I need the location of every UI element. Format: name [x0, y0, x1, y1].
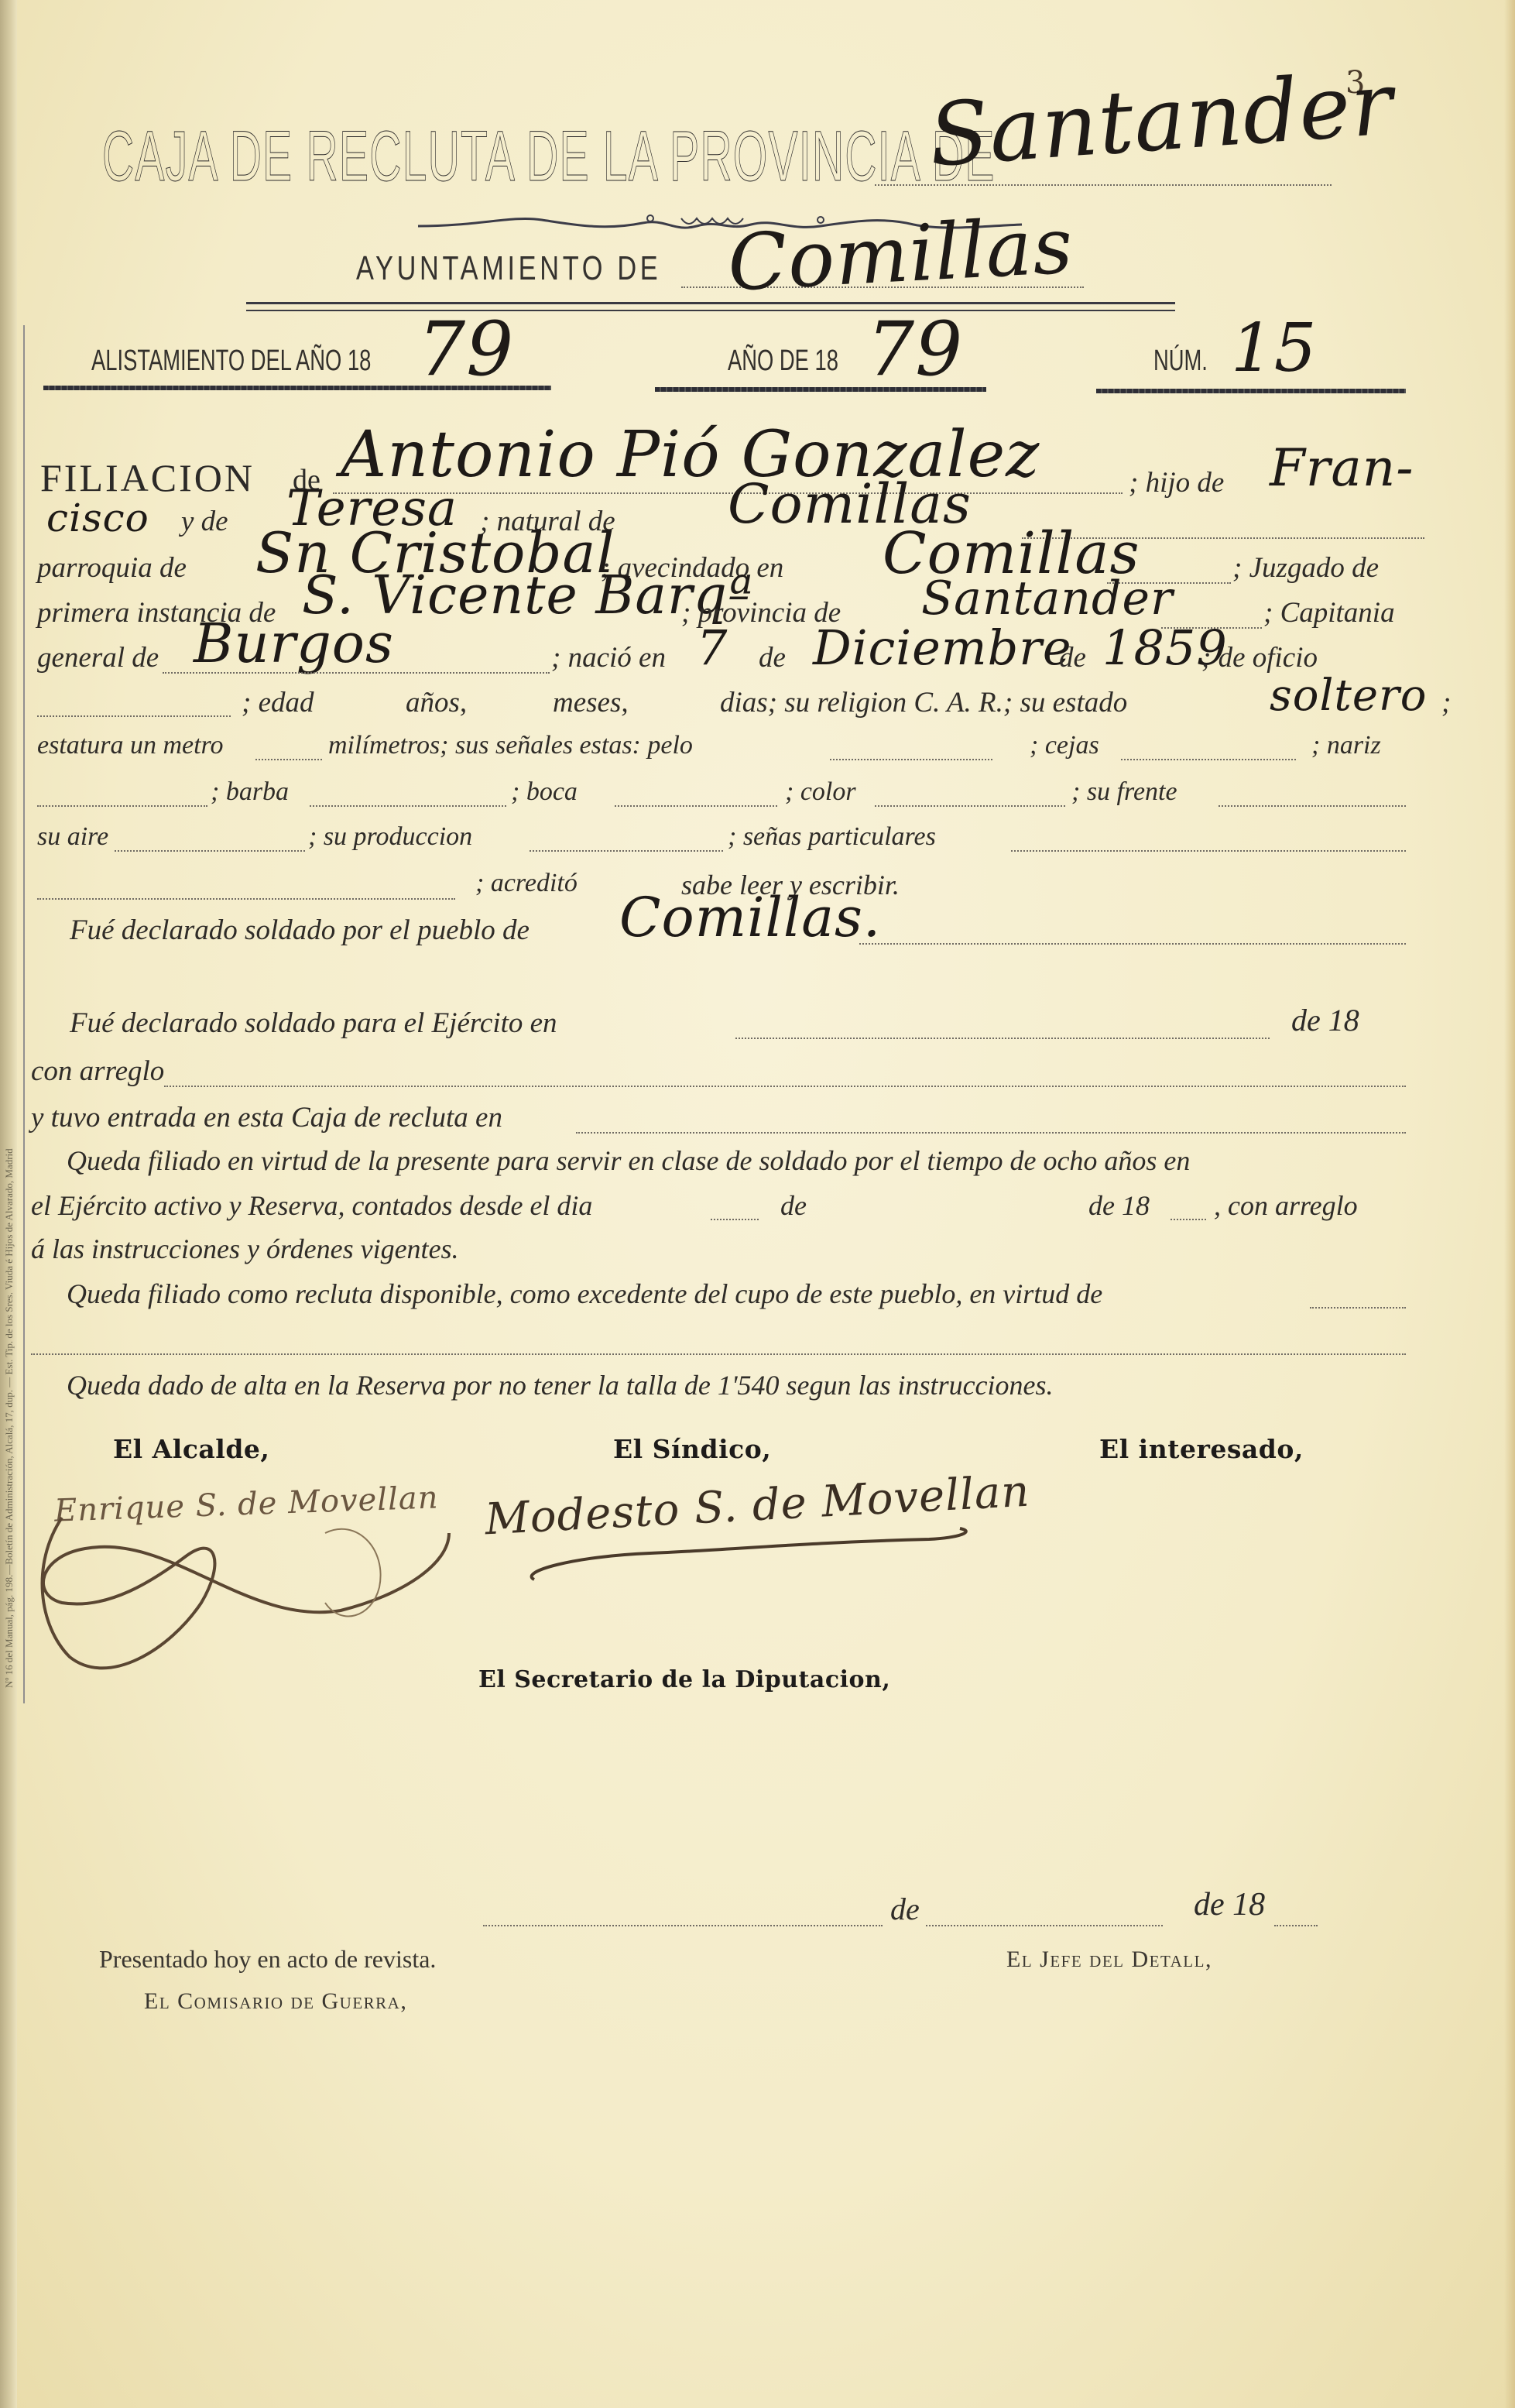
senales-pelo-label: milímetros; sus señales estas: pelo: [328, 731, 693, 760]
birth-day-handwritten: 7: [697, 619, 728, 676]
recluta-disponible-text: Queda filiado como recluta disponible, c…: [67, 1278, 1102, 1310]
barba-label: ; barba: [211, 777, 289, 807]
birth-de1: de: [759, 641, 786, 674]
edad-label: ; edad: [242, 686, 314, 719]
form-title: CAJA DE RECLUTA DE LA PROVINCIA DE: [102, 116, 996, 197]
capitania-field-line: [163, 672, 550, 674]
oficio-field-line: [37, 715, 231, 717]
capitania-label: ; Capitania: [1263, 596, 1395, 629]
frente-field-line: [1219, 805, 1406, 807]
juzgado-label: ; Juzgado de: [1232, 551, 1379, 585]
nariz-field-line: [37, 805, 207, 807]
province-handwritten: Santander: [926, 53, 1397, 187]
virtud-field-line: [1310, 1307, 1406, 1309]
alistamiento-year-handwritten: 79: [418, 306, 514, 393]
de-oficio-label: ; de oficio: [1201, 641, 1318, 674]
declarado-ejercito-label: Fué declarado soldado para el Ejército e…: [70, 1007, 557, 1040]
ayuntamiento-handwritten: Comillas: [725, 200, 1075, 308]
ano-underline: [655, 387, 986, 392]
virtud-field-line-2: [31, 1353, 1406, 1355]
comisario-label: El Comisario de Guerra,: [144, 1988, 407, 2015]
color-label: ; color: [785, 777, 856, 807]
interesado-label: El interesado,: [1099, 1434, 1304, 1464]
ano-label: AÑO DE 18: [728, 345, 838, 378]
boca-label: ; boca: [511, 777, 578, 807]
frente-label: ; su frente: [1071, 777, 1177, 807]
pueblo-field-line: [859, 943, 1406, 945]
general-de-label: general de: [37, 641, 159, 674]
num-handwritten: 15: [1231, 310, 1317, 387]
cejas-field-line: [1121, 759, 1296, 760]
y-de-label: y de: [181, 505, 228, 538]
nacio-en-label: ; nació en: [551, 641, 666, 674]
page-right-edge: [1504, 0, 1515, 2408]
pelo-field-line: [830, 759, 992, 760]
ano-year-handwritten: 79: [867, 306, 963, 393]
filiacion-label: FILIACION: [40, 455, 255, 500]
ejercito-year-label: de 18: [1291, 1002, 1359, 1038]
con-arreglo-2: , con arreglo: [1214, 1189, 1358, 1222]
aire-label: su aire: [37, 822, 108, 852]
con-arreglo-field-line: [164, 1086, 1406, 1087]
con-arreglo-label: con arreglo: [31, 1055, 164, 1088]
provincia-handwritten: Santander: [921, 571, 1174, 626]
dia-year-label: de 18: [1088, 1189, 1150, 1222]
estatura-label: estatura un metro: [37, 731, 224, 760]
dia-year-field-line: [1171, 1219, 1206, 1220]
ejercito-field-line: [735, 1038, 1270, 1039]
reserva-alta-text: Queda dado de alta en la Reserva por no …: [67, 1369, 1054, 1401]
pueblo-handwritten: Comillas.: [619, 886, 881, 949]
date-year-label: de 18: [1194, 1886, 1265, 1923]
ayuntamiento-label: AYUNTAMIENTO DE: [356, 249, 661, 288]
alcalde-signature-flourish: [15, 1471, 495, 1672]
num-underline: [1096, 389, 1406, 393]
declarado-pueblo-label: Fué declarado soldado por el pueblo de: [70, 914, 530, 947]
tuvo-entrada-label: y tuvo entrada en esta Caja de recluta e…: [31, 1101, 502, 1134]
num-label: NÚM.: [1153, 345, 1208, 378]
ejercito-activo-text: el Ejército activo y Reserva, contados d…: [31, 1189, 592, 1222]
alistamiento-underline: [43, 386, 551, 390]
birth-month-handwritten: Diciembre: [813, 619, 1072, 676]
dia-field-line: [711, 1219, 759, 1220]
nariz-label: ; nariz: [1311, 731, 1381, 760]
parroquia-label: parroquia de: [37, 551, 187, 585]
birth-de2: de: [1059, 641, 1086, 674]
jefe-detall-label: El Jefe del Detall,: [1006, 1947, 1212, 1973]
alistamiento-label: ALISTAMIENTO DEL AÑO 18: [91, 345, 371, 378]
aire-field-line: [115, 850, 305, 852]
capitania-handwritten: Burgos: [194, 612, 394, 675]
date-month-field-line: [926, 1925, 1163, 1926]
dia-de-label: de: [780, 1189, 807, 1222]
estado-handwritten: soltero: [1270, 671, 1428, 721]
sindico-signature-flourish: [526, 1525, 991, 1587]
boca-field-line: [615, 805, 777, 807]
date-year-field-line: [1274, 1925, 1318, 1926]
senas-field-line: [1011, 850, 1406, 852]
meses-label: meses,: [553, 686, 629, 719]
senas-particulares-label: ; señas particulares: [728, 822, 936, 852]
sindico-label: El Síndico,: [613, 1434, 771, 1464]
header-double-rule-bottom: [246, 310, 1175, 311]
religion-estado-label: dias; su religion C. A. R.; su estado: [720, 686, 1127, 719]
hijo-de-label: ; hijo de: [1129, 466, 1224, 499]
produccion-field-line: [530, 850, 723, 852]
presentado-text: Presentado hoy en acto de revista.: [99, 1945, 436, 1974]
margin-printer-text: Nº 16 del Manual, pág. 198.—Boletín de A…: [3, 1148, 15, 1688]
barba-field-line: [310, 805, 506, 807]
tuvo-entrada-field-line: [576, 1132, 1406, 1134]
header-double-rule-top: [246, 302, 1175, 304]
date-de-label: de: [890, 1891, 920, 1927]
date-day-field-line: [483, 1925, 883, 1926]
produccion-label: ; su produccion: [308, 822, 472, 852]
queda-filiado-text: Queda filiado en virtud de la presente p…: [67, 1144, 1190, 1177]
secretario-label: El Secretario de la Diputacion,: [478, 1666, 890, 1693]
estatura-field-line: [255, 759, 322, 760]
father-name-handwritten-part2: cisco: [46, 496, 149, 540]
color-field-line: [875, 805, 1065, 807]
cejas-label: ; cejas: [1030, 731, 1099, 760]
acredito-label: ; acreditó: [475, 869, 578, 898]
father-name-handwritten-part1: Fran-: [1270, 438, 1414, 498]
estado-semicolon: ;: [1441, 686, 1451, 719]
instrucciones-text: á las instrucciones y órdenes vigentes.: [31, 1233, 459, 1265]
senas-field-line-2: [37, 898, 455, 900]
alcalde-label: El Alcalde,: [113, 1434, 269, 1464]
anos-label: años,: [406, 686, 467, 719]
